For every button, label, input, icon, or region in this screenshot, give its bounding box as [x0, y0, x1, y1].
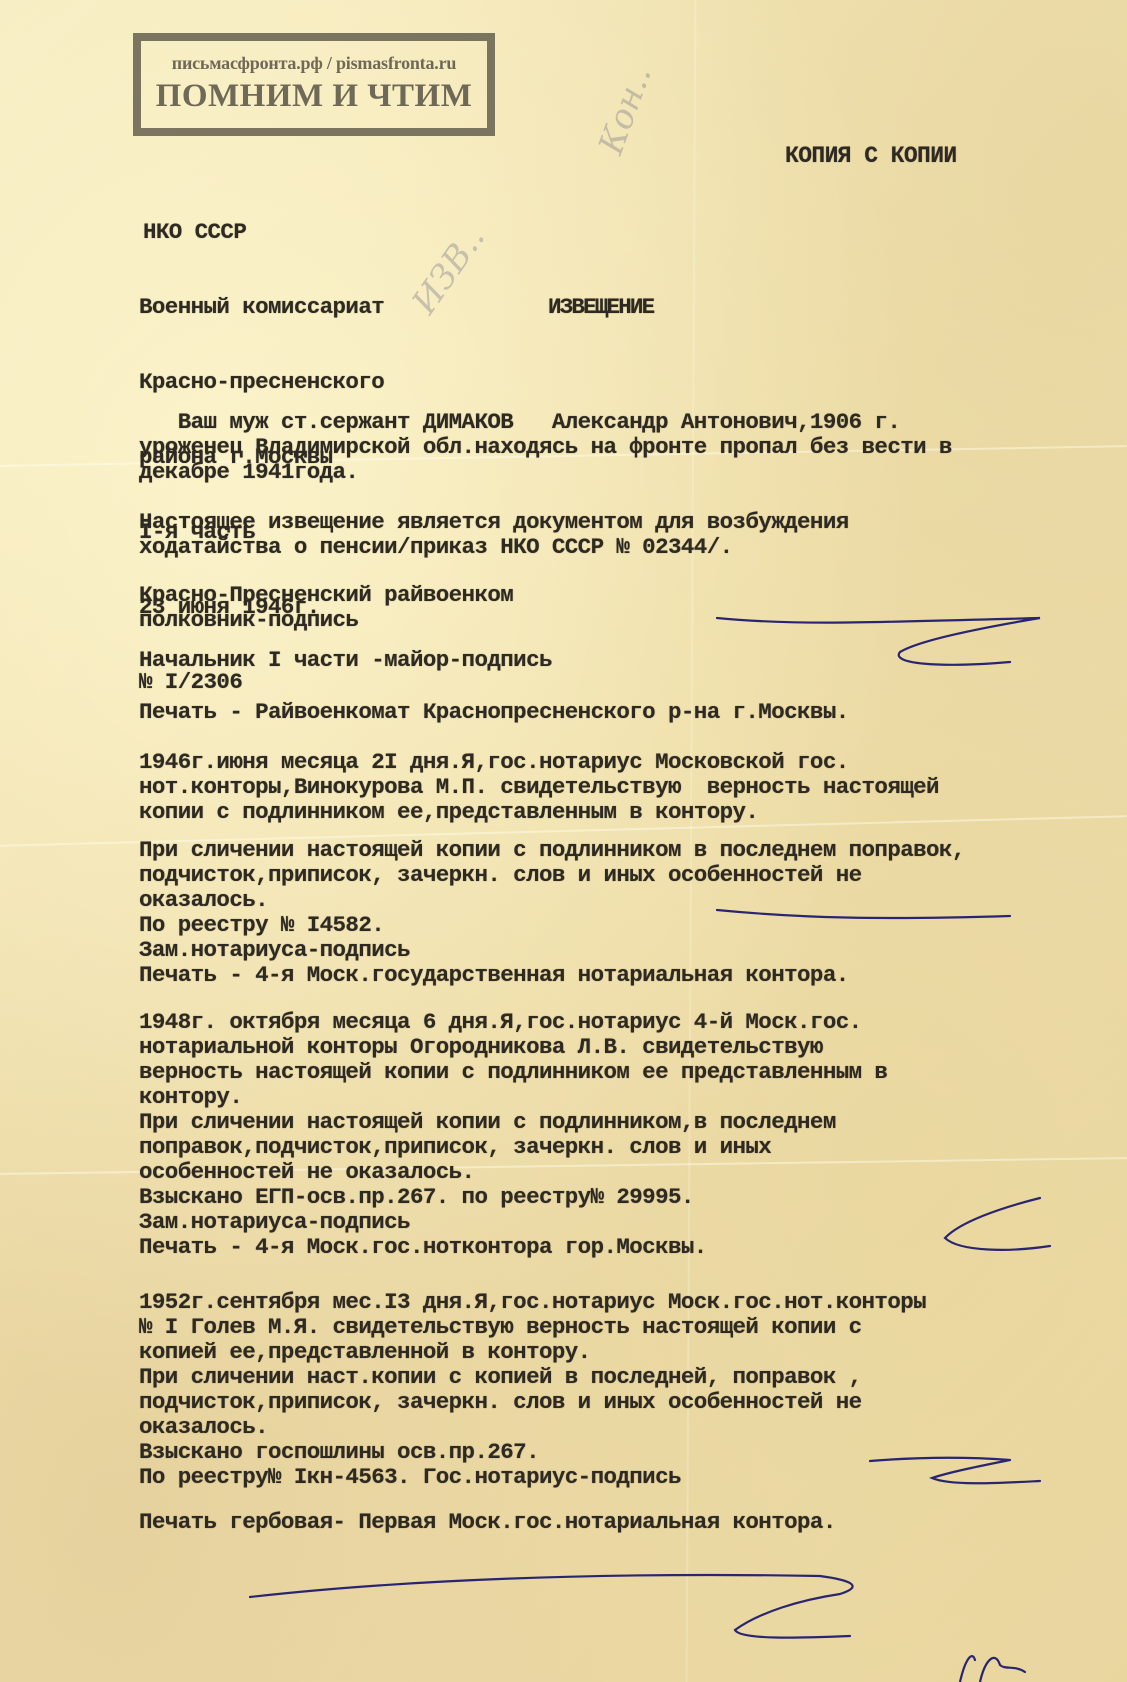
watermark-stamp: письмасфронта.рф / pismasfronta.ru ПОМНИ…	[133, 33, 495, 136]
text-line: Ваш муж ст.сержант ДИМАКОВ Александр Ант…	[139, 410, 952, 435]
text-line: Красно-Пресненский райвоенком	[139, 583, 513, 608]
text-line: Зам.нотариуса-подпись	[139, 1210, 887, 1235]
paragraph: 1948г. октября месяца 6 дня.Я,гос.нотари…	[139, 1010, 887, 1260]
text-line: контору.	[139, 1085, 887, 1110]
text-line: декабре 1941года.	[139, 460, 952, 485]
text-line: особенностей не оказалось.	[139, 1160, 887, 1185]
text-line: Настоящее извещение является документом …	[139, 510, 849, 535]
copy-title: КОПИЯ С КОПИИ	[785, 144, 957, 169]
text-line: подчисток,приписок, зачеркн. слов и иных…	[139, 863, 965, 888]
text-line: Печать - 4-я Моск.государственная нотари…	[139, 963, 965, 988]
text-line: При сличении настоящей копии с подлинник…	[139, 838, 965, 863]
paragraph: Печать - Райвоенкомат Краснопресненского…	[139, 700, 849, 725]
text-line: уроженец Владимирской обл.находясь на фр…	[139, 435, 952, 460]
text-line: оказалось.	[139, 888, 965, 913]
header-line: Красно-пресненского	[139, 370, 384, 395]
paragraph: Красно-Пресненский райвоенкомполковник-п…	[139, 583, 513, 633]
text-line: Взыскано ЕГП-осв.пр.267. по реестру№ 299…	[139, 1185, 887, 1210]
paragraph: Начальник I части -майор-подпись	[139, 648, 552, 673]
text-line: 1948г. октября месяца 6 дня.Я,гос.нотари…	[139, 1010, 887, 1035]
text-line: копии с подлинником ее,представленным в …	[139, 800, 939, 825]
paragraph: Печать гербовая- Первая Моск.гос.нотариа…	[139, 1510, 836, 1535]
text-line: При сличении настоящей копии с подлинник…	[139, 1110, 887, 1135]
text-line: Зам.нотариуса-подпись	[139, 938, 965, 963]
watermark-title: ПОМНИМ И ЧТИМ	[141, 78, 487, 115]
header-line: Военный комиссариат	[139, 295, 384, 320]
paragraph: При сличении настоящей копии с подлинник…	[139, 838, 965, 988]
text-line: 1952г.сентября мес.I3 дня.Я,гос.нотариус…	[139, 1290, 926, 1315]
paragraph: 1952г.сентября мес.I3 дня.Я,гос.нотариус…	[139, 1290, 926, 1490]
text-line: Печать - 4-я Моск.гос.нотконтора гор.Мос…	[139, 1235, 887, 1260]
paragraph: 1946г.июня месяца 2I дня.Я,гос.нотариус …	[139, 750, 939, 825]
text-line: копией ее,представленной в контору.	[139, 1340, 926, 1365]
header-line: № I/2306	[139, 670, 384, 695]
watermark-url: письмасфронта.рф / pismasfronta.ru	[141, 53, 487, 74]
notice-title: ИЗВЕЩЕНИЕ	[548, 295, 653, 320]
paragraph: Настоящее извещение является документом …	[139, 510, 849, 560]
text-line: ходатайства о пенсии/приказ НКО СССР № 0…	[139, 535, 849, 560]
text-line: Печать - Райвоенкомат Краснопресненского…	[139, 700, 849, 725]
text-line: подчисток,приписок, зачеркн. слов и иных…	[139, 1390, 926, 1415]
text-line: оказалось.	[139, 1415, 926, 1440]
text-line: верность настоящей копии с подлинником е…	[139, 1060, 887, 1085]
text-line: поправок,подчисток,приписок, зачеркн. сл…	[139, 1135, 887, 1160]
text-line: нотариальной конторы Огородникова Л.В. с…	[139, 1035, 887, 1060]
text-line: Взыскано госпошлины осв.пр.267.	[139, 1440, 926, 1465]
text-line: По реестру № I4582.	[139, 913, 965, 938]
text-line: нот.конторы,Винокурова М.П. свидетельств…	[139, 775, 939, 800]
text-line: 1946г.июня месяца 2I дня.Я,гос.нотариус …	[139, 750, 939, 775]
header-line: НКО СССР	[139, 220, 384, 245]
text-line: № I Голев М.Я. свидетельствую верность н…	[139, 1315, 926, 1340]
text-line: Печать гербовая- Первая Моск.гос.нотариа…	[139, 1510, 836, 1535]
text-line: При сличении наст.копии с копией в после…	[139, 1365, 926, 1390]
paragraph: Ваш муж ст.сержант ДИМАКОВ Александр Ант…	[139, 410, 952, 485]
text-line: полковник-подпись	[139, 608, 513, 633]
text-line: По реестру№ Iкн-4563. Гос.нотариус-подпи…	[139, 1465, 926, 1490]
text-line: Начальник I части -майор-подпись	[139, 648, 552, 673]
